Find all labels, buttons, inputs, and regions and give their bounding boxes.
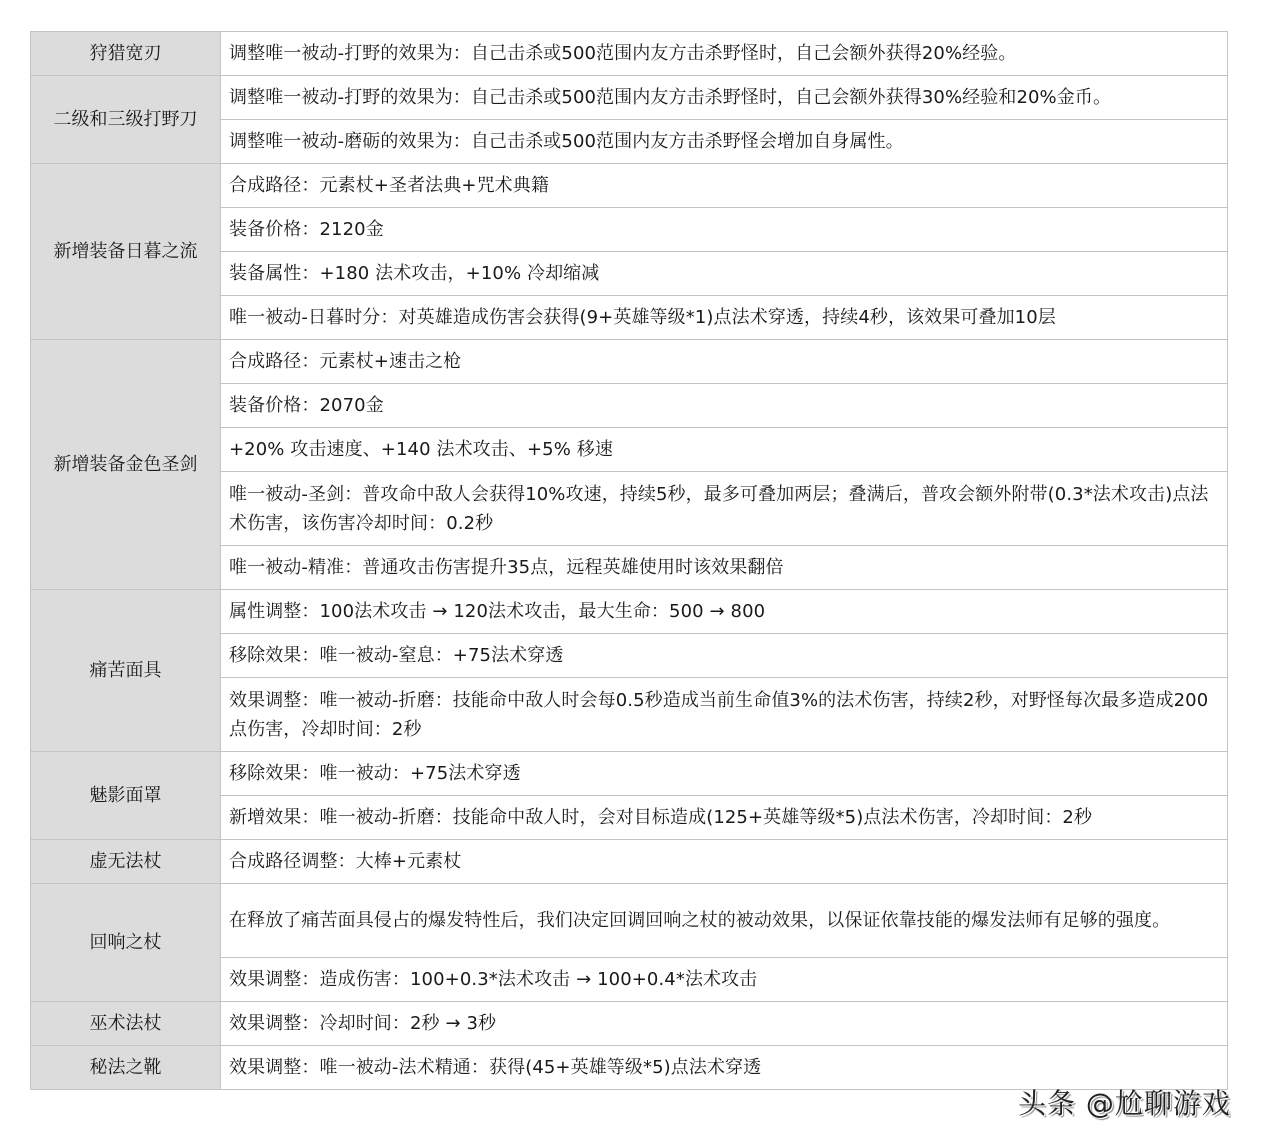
change-cell: 新增效果：唯一被动-折磨：技能命中敌人时，会对目标造成(125+英雄等级*5)点… <box>221 796 1228 840</box>
item-name-cell: 巫术法杖 <box>31 1002 221 1046</box>
item-name-cell: 魅影面罩 <box>31 752 221 840</box>
table-row: 回响之杖 在释放了痛苦面具侵占的爆发特性后，我们决定回调回响之杖的被动效果，以保… <box>31 884 1228 958</box>
change-cell: 唯一被动-日暮时分：对英雄造成伤害会获得(9+英雄等级*1)点法术穿透，持续4秒… <box>221 296 1228 340</box>
change-cell: 在释放了痛苦面具侵占的爆发特性后，我们决定回调回响之杖的被动效果，以保证依靠技能… <box>221 884 1228 958</box>
change-cell: 调整唯一被动-磨砺的效果为：自己击杀或500范围内友方击杀野怪会增加自身属性。 <box>221 120 1228 164</box>
change-cell: 调整唯一被动-打野的效果为：自己击杀或500范围内友方击杀野怪时，自己会额外获得… <box>221 76 1228 120</box>
item-name-cell: 痛苦面具 <box>31 590 221 752</box>
change-cell: 装备属性：+180 法术攻击，+10% 冷却缩减 <box>221 252 1228 296</box>
item-name-cell: 虚无法杖 <box>31 840 221 884</box>
item-name-cell: 二级和三级打野刀 <box>31 76 221 164</box>
watermark: 头条 @尬聊游戏 <box>1018 1082 1231 1122</box>
table-row: 新增装备日暮之流 合成路径：元素杖+圣者法典+咒术典籍 <box>31 164 1228 208</box>
change-cell: 属性调整：100法术攻击 → 120法术攻击，最大生命：500 → 800 <box>221 590 1228 634</box>
item-name-cell: 回响之杖 <box>31 884 221 1002</box>
change-cell: 移除效果：唯一被动-窒息：+75法术穿透 <box>221 634 1228 678</box>
change-cell: 效果调整：唯一被动-折磨：技能命中敌人时会每0.5秒造成当前生命值3%的法术伤害… <box>221 678 1228 752</box>
change-cell: 唯一被动-圣剑：普攻命中敌人会获得10%攻速，持续5秒，最多可叠加两层；叠满后，… <box>221 472 1228 546</box>
change-cell: 装备价格：2070金 <box>221 384 1228 428</box>
item-name-cell: 新增装备金色圣剑 <box>31 340 221 590</box>
item-name-cell: 狩猎宽刃 <box>31 32 221 76</box>
change-cell: 合成路径：元素杖+圣者法典+咒术典籍 <box>221 164 1228 208</box>
change-cell: 移除效果：唯一被动：+75法术穿透 <box>221 752 1228 796</box>
table-row: 新增装备金色圣剑 合成路径：元素杖+速击之枪 <box>31 340 1228 384</box>
table-row: 二级和三级打野刀 调整唯一被动-打野的效果为：自己击杀或500范围内友方击杀野怪… <box>31 76 1228 120</box>
patch-notes-table: 狩猎宽刃 调整唯一被动-打野的效果为：自己击杀或500范围内友方击杀野怪时，自己… <box>30 31 1228 1090</box>
change-cell: +20% 攻击速度、+140 法术攻击、+5% 移速 <box>221 428 1228 472</box>
item-name-cell: 新增装备日暮之流 <box>31 164 221 340</box>
change-cell: 效果调整：造成伤害：100+0.3*法术攻击 → 100+0.4*法术攻击 <box>221 958 1228 1002</box>
change-cell: 合成路径：元素杖+速击之枪 <box>221 340 1228 384</box>
change-cell: 装备价格：2120金 <box>221 208 1228 252</box>
table-row: 狩猎宽刃 调整唯一被动-打野的效果为：自己击杀或500范围内友方击杀野怪时，自己… <box>31 32 1228 76</box>
change-cell: 唯一被动-精准：普通攻击伤害提升35点，远程英雄使用时该效果翻倍 <box>221 546 1228 590</box>
table-row: 魅影面罩 移除效果：唯一被动：+75法术穿透 <box>31 752 1228 796</box>
change-cell: 效果调整：冷却时间：2秒 → 3秒 <box>221 1002 1228 1046</box>
table-row: 痛苦面具 属性调整：100法术攻击 → 120法术攻击，最大生命：500 → 8… <box>31 590 1228 634</box>
table-row: 虚无法杖 合成路径调整：大棒+元素杖 <box>31 840 1228 884</box>
item-name-cell: 秘法之靴 <box>31 1046 221 1090</box>
change-cell: 合成路径调整：大棒+元素杖 <box>221 840 1228 884</box>
table-row: 巫术法杖 效果调整：冷却时间：2秒 → 3秒 <box>31 1002 1228 1046</box>
change-cell: 调整唯一被动-打野的效果为：自己击杀或500范围内友方击杀野怪时，自己会额外获得… <box>221 32 1228 76</box>
